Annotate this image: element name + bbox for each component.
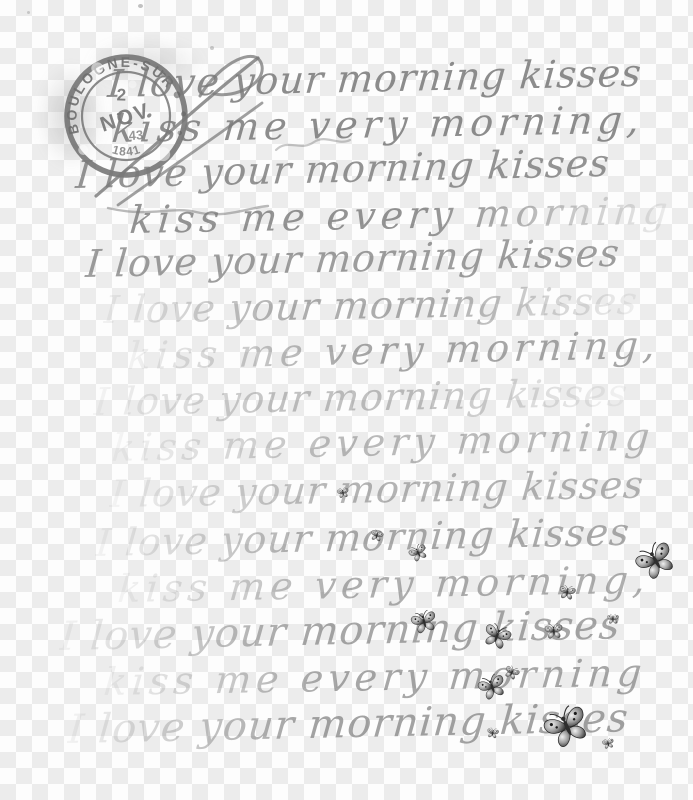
poem-line: I love your morning kisses	[94, 510, 632, 565]
butterfly-icon	[532, 611, 554, 633]
poem-line: I love your morning kisses	[108, 463, 646, 516]
poem-line: kiss me very morning,	[126, 323, 662, 378]
butterfly-icon	[327, 479, 342, 494]
butterfly-icon	[479, 717, 494, 732]
butterfly-icon	[600, 606, 613, 619]
butterfly-icon	[550, 572, 571, 593]
poem-line: kiss me every morning	[110, 415, 656, 470]
butterfly-icon	[592, 730, 607, 745]
artwork-canvas: BOULOGNE-SUR 2 NOV 43 1841	[0, 0, 693, 800]
